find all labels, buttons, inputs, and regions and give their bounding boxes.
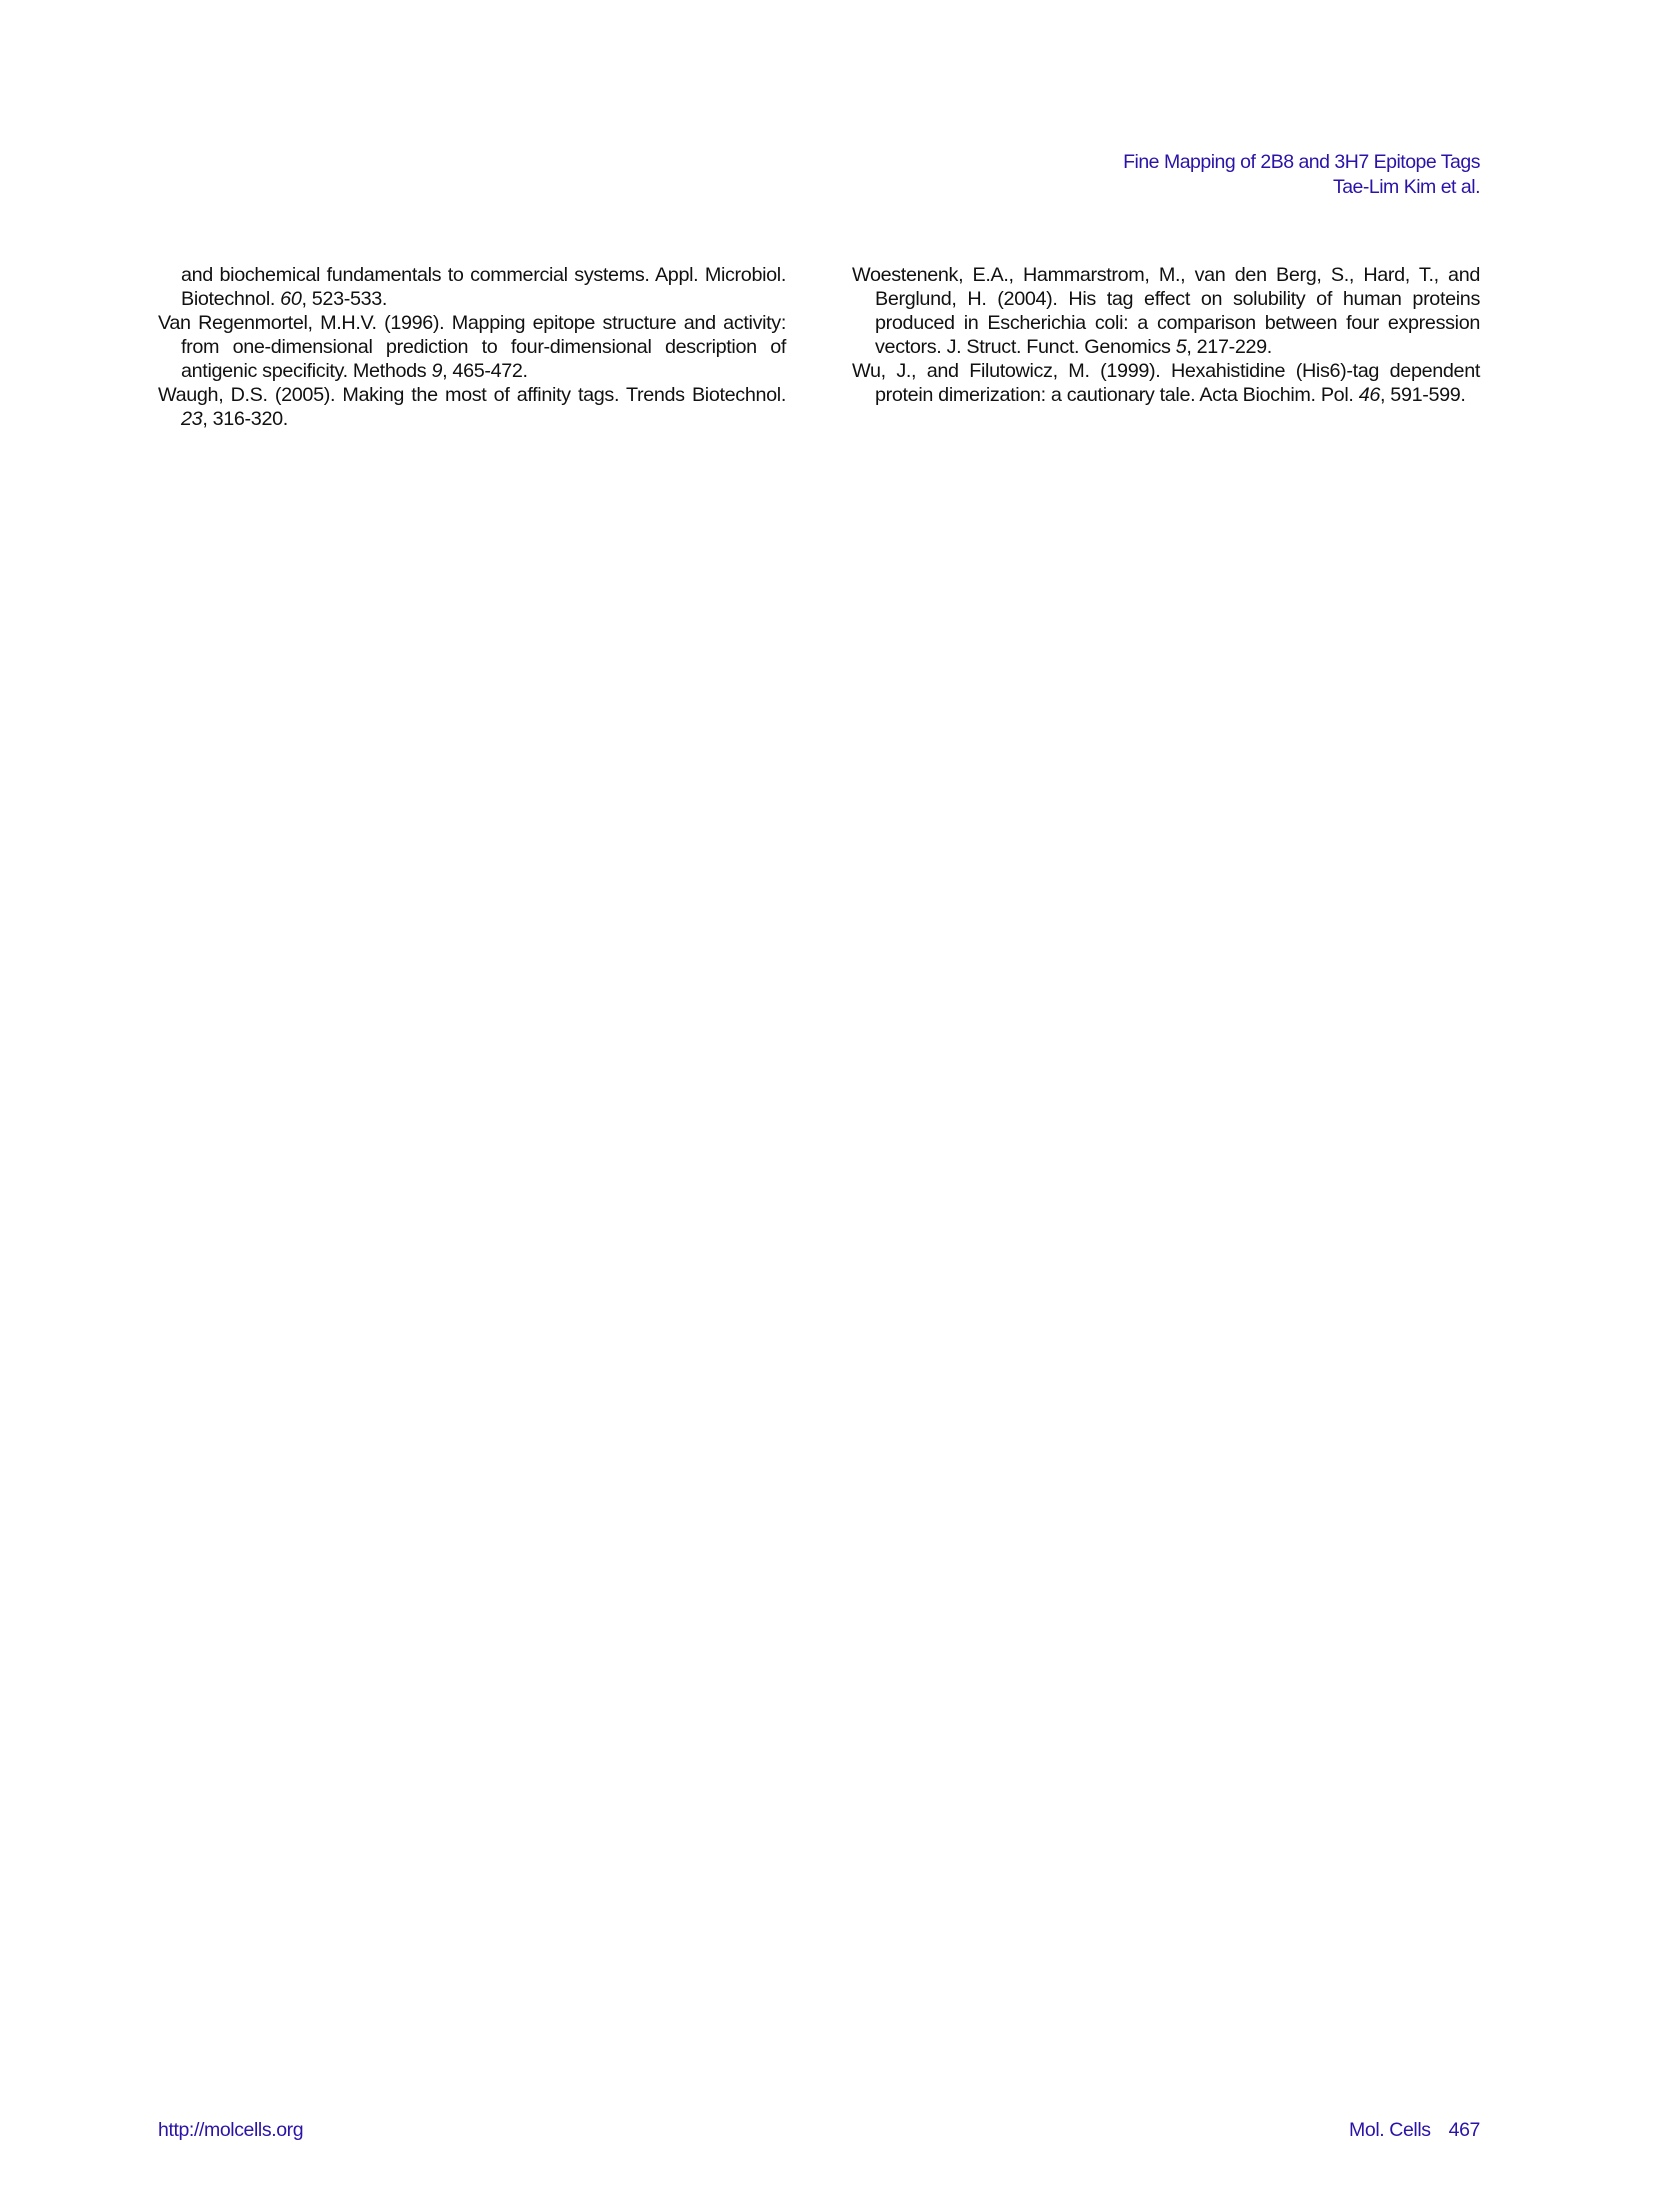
- reference-text: Woestenenk, E.A., Hammarstrom, M., van d…: [852, 264, 1480, 358]
- reference-text: , 316-320.: [202, 408, 288, 430]
- reference-entry: and biochemical fundamentals to commerci…: [158, 263, 786, 311]
- footer-journal-info: Mol. Cells467: [1349, 2118, 1480, 2142]
- reference-text: and biochemical fundamentals to commerci…: [181, 264, 786, 310]
- reference-text: , 465-472.: [442, 360, 528, 382]
- reference-volume: 23: [181, 408, 202, 430]
- reference-entry: Wu, J., and Filutowicz, M. (1999). Hexah…: [852, 359, 1480, 407]
- reference-text: , 217-229.: [1186, 336, 1272, 358]
- reference-entry: Woestenenk, E.A., Hammarstrom, M., van d…: [852, 263, 1480, 359]
- reference-volume: 5: [1176, 336, 1187, 358]
- running-header-authors: Tae-Lim Kim et al.: [1123, 175, 1480, 200]
- running-header: Fine Mapping of 2B8 and 3H7 Epitope Tags…: [1123, 150, 1480, 200]
- reference-volume: 9: [431, 360, 442, 382]
- reference-volume: 60: [280, 288, 301, 310]
- running-header-title: Fine Mapping of 2B8 and 3H7 Epitope Tags: [1123, 150, 1480, 175]
- reference-entry: Waugh, D.S. (2005). Making the most of a…: [158, 383, 786, 431]
- reference-entry: Van Regenmortel, M.H.V. (1996). Mapping …: [158, 311, 786, 383]
- reference-text: Waugh, D.S. (2005). Making the most of a…: [158, 384, 786, 406]
- reference-volume: 46: [1359, 384, 1380, 406]
- reference-text: , 523-533.: [301, 288, 387, 310]
- footer-url-link[interactable]: http://molcells.org: [158, 2118, 303, 2142]
- references-right-column: Woestenenk, E.A., Hammarstrom, M., van d…: [852, 263, 1480, 407]
- reference-text: , 591-599.: [1380, 384, 1466, 406]
- page-number: 467: [1449, 2119, 1480, 2141]
- footer-journal-name: Mol. Cells: [1349, 2119, 1431, 2141]
- references-left-column: and biochemical fundamentals to commerci…: [158, 263, 786, 431]
